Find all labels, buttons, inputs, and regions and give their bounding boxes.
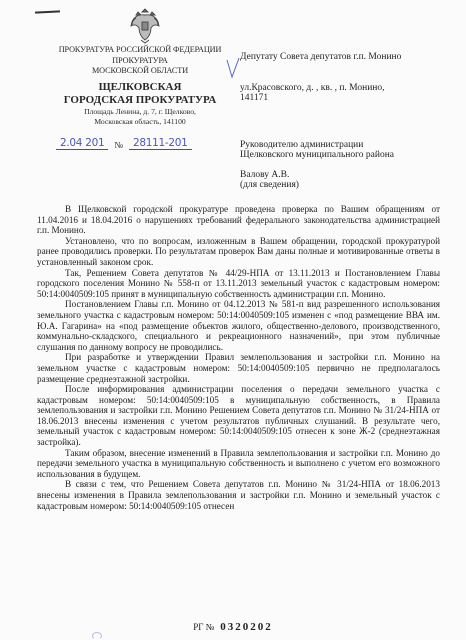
body-paragraph: Так, Решением Совета депутатов № 44/29-Н… bbox=[37, 268, 440, 300]
recipient-primary-address: ул.Красовского, д. , кв. , п. Монино, 14… bbox=[240, 83, 385, 103]
recipient-secondary-line2: Щелковского муниципального района bbox=[240, 150, 394, 160]
handwritten-date: 2.04 201 bbox=[56, 137, 108, 150]
letter-body: В Щелковской городской прокуратуре прове… bbox=[37, 204, 440, 511]
office-name-line2: ГОРОДСКАЯ ПРОКУРАТУРА bbox=[40, 94, 240, 107]
recipient-address-line2: 141171 bbox=[240, 93, 385, 103]
org-name-line3: МОСКОВСКОЙ ОБЛАСТИ bbox=[40, 66, 240, 77]
recipient-tertiary: Валову А.В. (для сведения) bbox=[240, 170, 299, 190]
pen-stroke-mark bbox=[92, 632, 102, 640]
form-serial: РГ №0320202 bbox=[0, 621, 466, 633]
body-paragraph: В Щелковской городской прокуратуре прове… bbox=[37, 204, 440, 236]
org-name-line2: ПРОКУРАТУРА bbox=[40, 56, 240, 67]
office-address-line1: Площадь Ленина, д. 7, г. Щелково, bbox=[40, 107, 240, 118]
recipient-primary: Депутату Совета депутатов г.п. Монино bbox=[240, 52, 401, 62]
letterhead: ПРОКУРАТУРА РОССИЙСКОЙ ФЕДЕРАЦИИ ПРОКУРА… bbox=[40, 45, 240, 128]
body-paragraph: Таким образом, внесение изменений в Прав… bbox=[37, 448, 440, 480]
coat-of-arms-icon bbox=[127, 6, 163, 44]
pen-dash-mark bbox=[35, 10, 60, 13]
recipient-secondary-line1: Руководителю администрации bbox=[240, 140, 394, 150]
handwritten-outgoing-number: 28111-201 bbox=[129, 137, 192, 150]
body-paragraph: После информирования администрации посел… bbox=[37, 384, 440, 448]
number-label: № bbox=[114, 140, 123, 150]
handwritten-checkmark-icon bbox=[226, 57, 240, 79]
recipient-secondary: Руководителю администрации Щелковского м… bbox=[240, 140, 394, 160]
org-name-line1: ПРОКУРАТУРА РОССИЙСКОЙ ФЕДЕРАЦИИ bbox=[40, 45, 240, 56]
recipient-address-line1: ул.Красовского, д. , кв. , п. Монино, bbox=[240, 83, 385, 93]
outgoing-date-number: 2.04 201 № 28111-201 bbox=[56, 137, 192, 150]
serial-label: РГ № bbox=[193, 622, 214, 632]
recipient-tertiary-note: (для сведения) bbox=[240, 180, 299, 190]
recipient-tertiary-name: Валову А.В. bbox=[240, 170, 299, 180]
serial-number: 0320202 bbox=[220, 621, 273, 633]
office-address-line2: Московская область, 141100 bbox=[40, 117, 240, 128]
body-paragraph: Установлено, что по вопросам, изложенным… bbox=[37, 236, 440, 268]
office-name-line1: ЩЕЛКОВСКАЯ bbox=[40, 81, 240, 94]
body-paragraph: Постановлением Главы г.п. Монино от 04.1… bbox=[37, 299, 440, 352]
body-paragraph: При разработке и утверждении Правил земл… bbox=[37, 352, 440, 384]
body-paragraph: В связи с тем, что Решением Совета депут… bbox=[37, 479, 440, 511]
